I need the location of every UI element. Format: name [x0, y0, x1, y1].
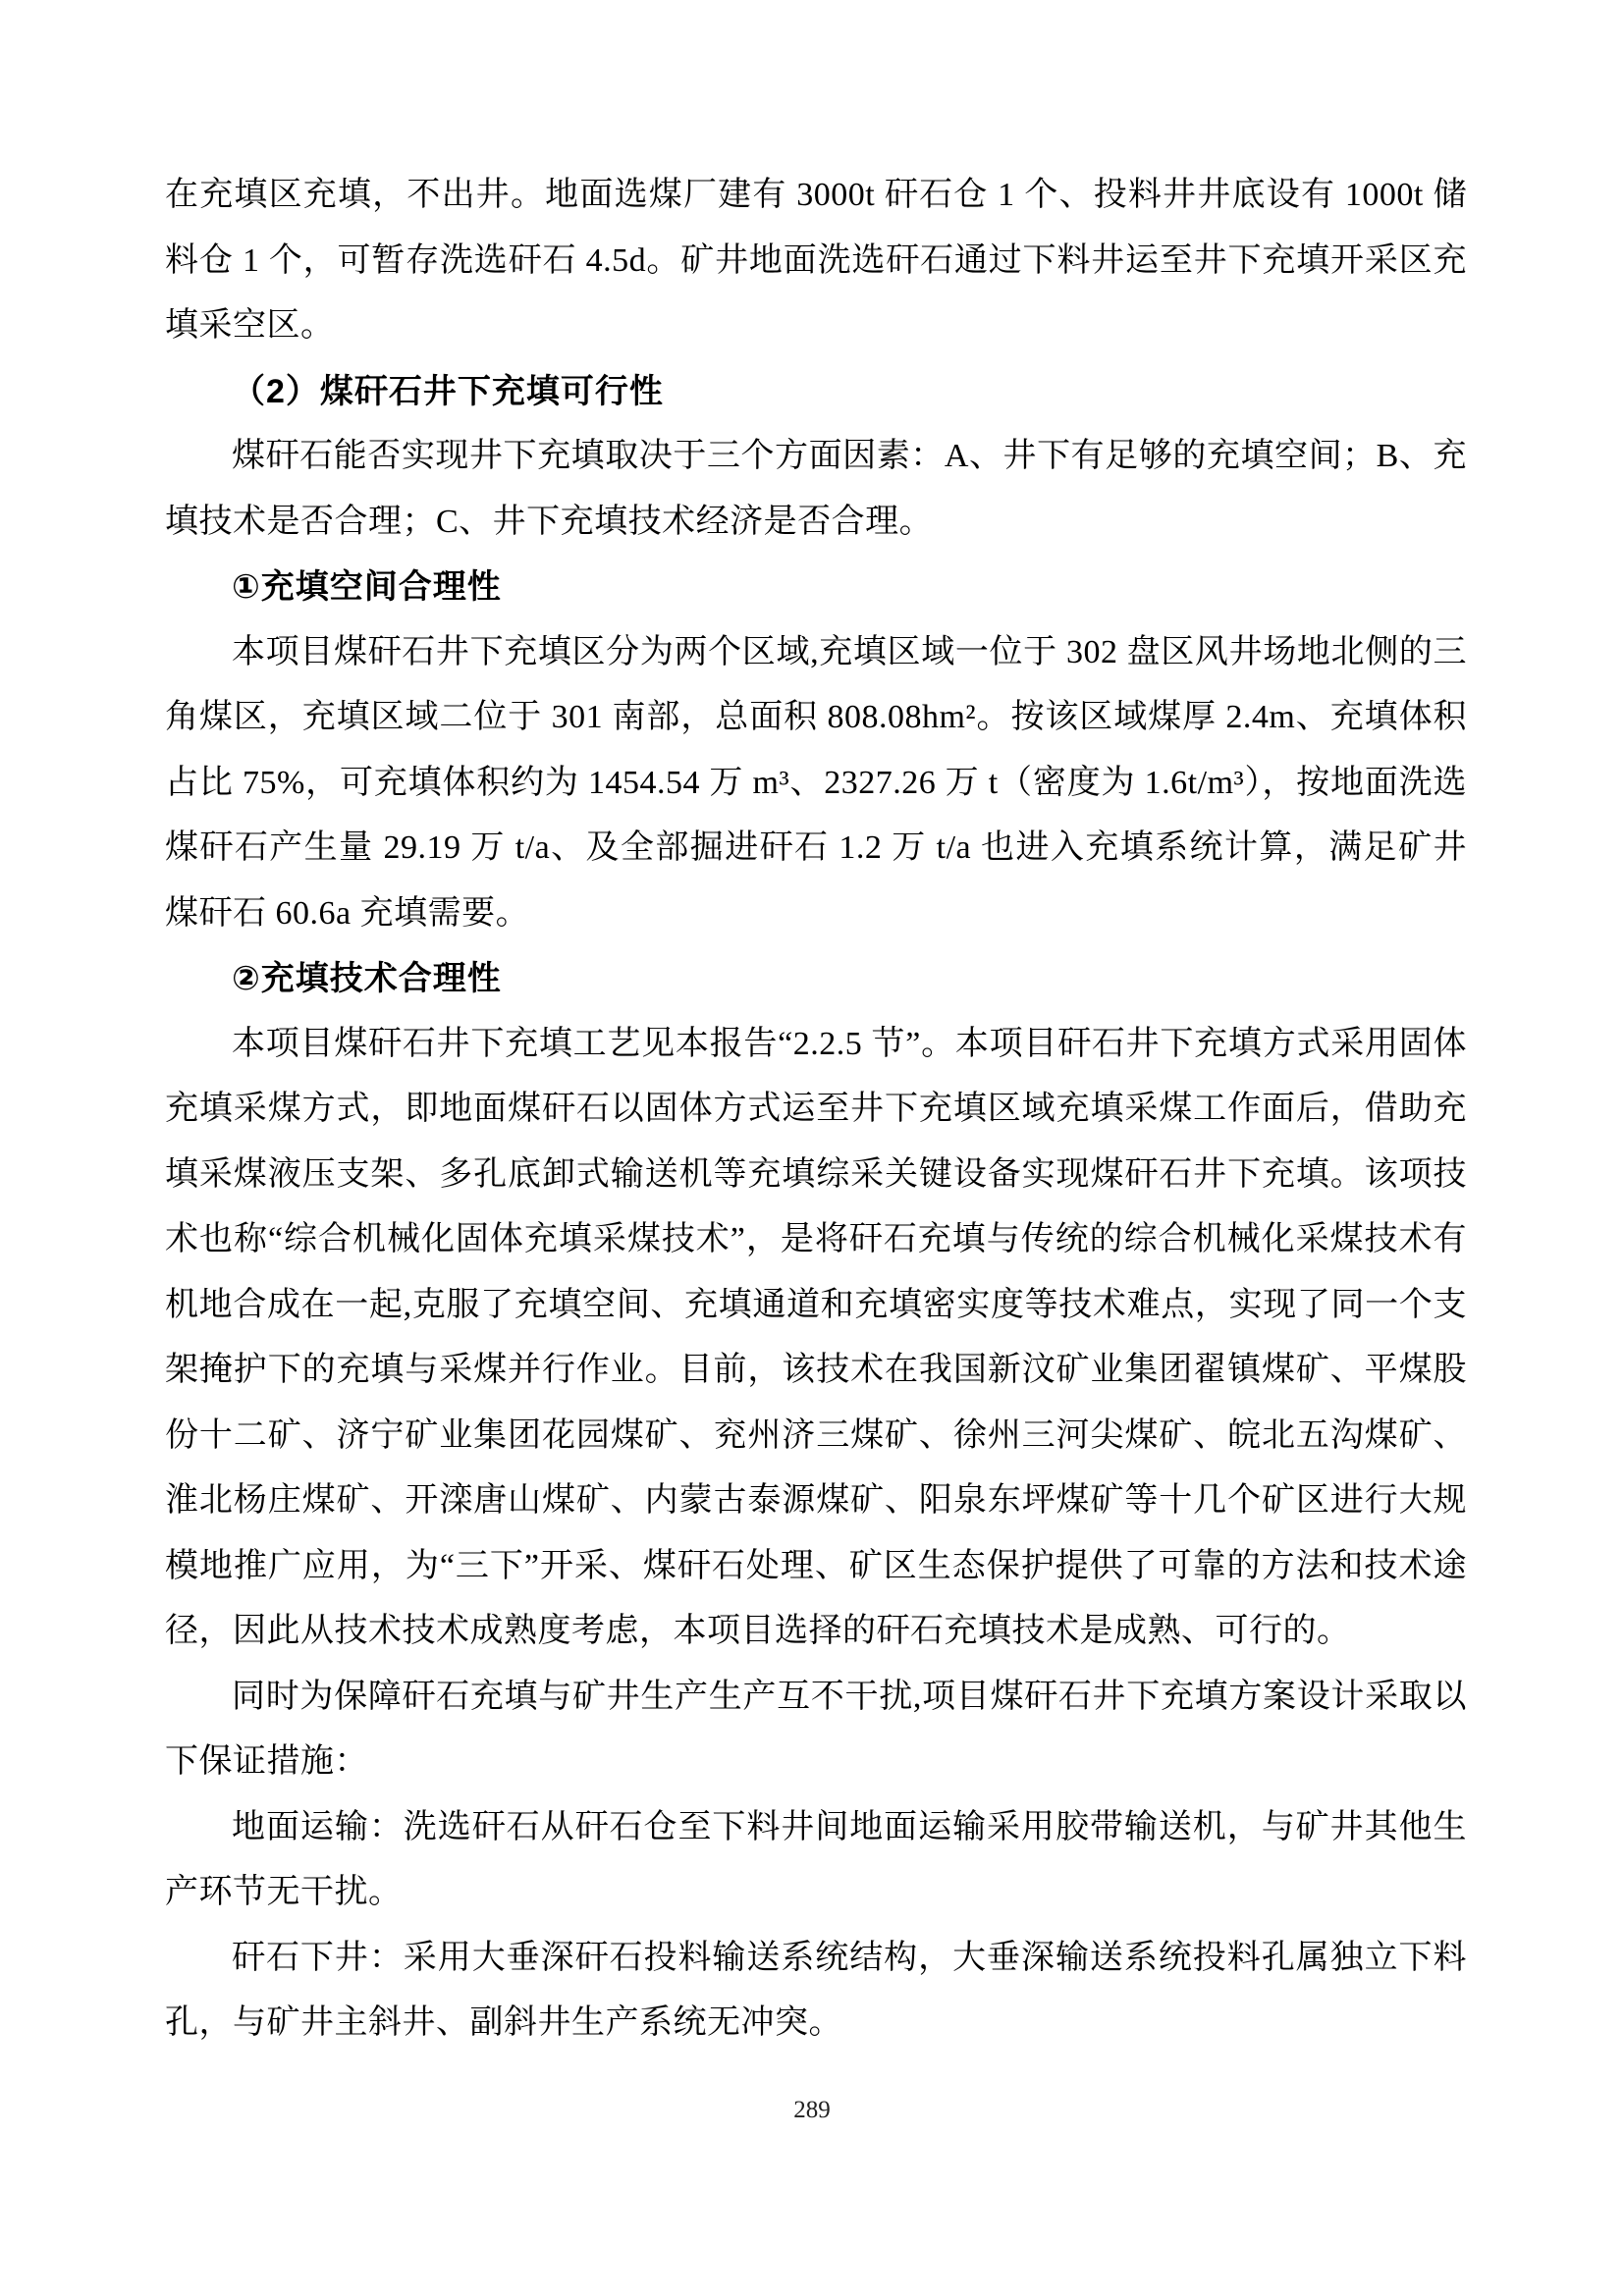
paragraph-filling-technology-detail: 本项目煤矸石井下充填工艺见本报告“2.2.5 节”。本项目矸石井下充填方式采用固…	[165, 1012, 1467, 1665]
paragraph-three-factors: 煤矸石能否实现井下充填取决于三个方面因素：A、井下有足够的充填空间；B、充填技术…	[165, 424, 1467, 555]
heading-gangue-underground-filling-feasibility: （2）煤矸石井下充填可行性	[165, 359, 1467, 425]
document-page: 在充填区充填，不出井。地面选煤厂建有 3000t 矸石仓 1 个、投料井井底设有…	[0, 0, 1624, 2296]
page-content: 在充填区充填，不出井。地面选煤厂建有 3000t 矸石仓 1 个、投料井井底设有…	[165, 163, 1467, 2056]
paragraph-filling-continued: 在充填区充填，不出井。地面选煤厂建有 3000t 矸石仓 1 个、投料井井底设有…	[165, 163, 1467, 359]
paragraph-filling-space-detail: 本项目煤矸石井下充填区分为两个区域,充填区域一位于 302 盘区风井场地北侧的三…	[165, 620, 1467, 947]
paragraph-gangue-down-shaft: 矸石下井：采用大垂深矸石投料输送系统结构，大垂深输送系统投料孔属独立下料孔，与矿…	[165, 1926, 1467, 2056]
heading-filling-space-rationality: ①充填空间合理性	[165, 555, 1467, 620]
heading-filling-technology-rationality: ②充填技术合理性	[165, 946, 1467, 1012]
paragraph-ground-transport: 地面运输：洗选矸石从矸石仓至下料井间地面运输采用胶带输送机，与矿井其他生产环节无…	[165, 1795, 1467, 1926]
page-number: 289	[0, 2097, 1624, 2124]
paragraph-guarantee-measures-intro: 同时为保障矸石充填与矿井生产生产互不干扰,项目煤矸石井下充填方案设计采取以下保证…	[165, 1665, 1467, 1795]
